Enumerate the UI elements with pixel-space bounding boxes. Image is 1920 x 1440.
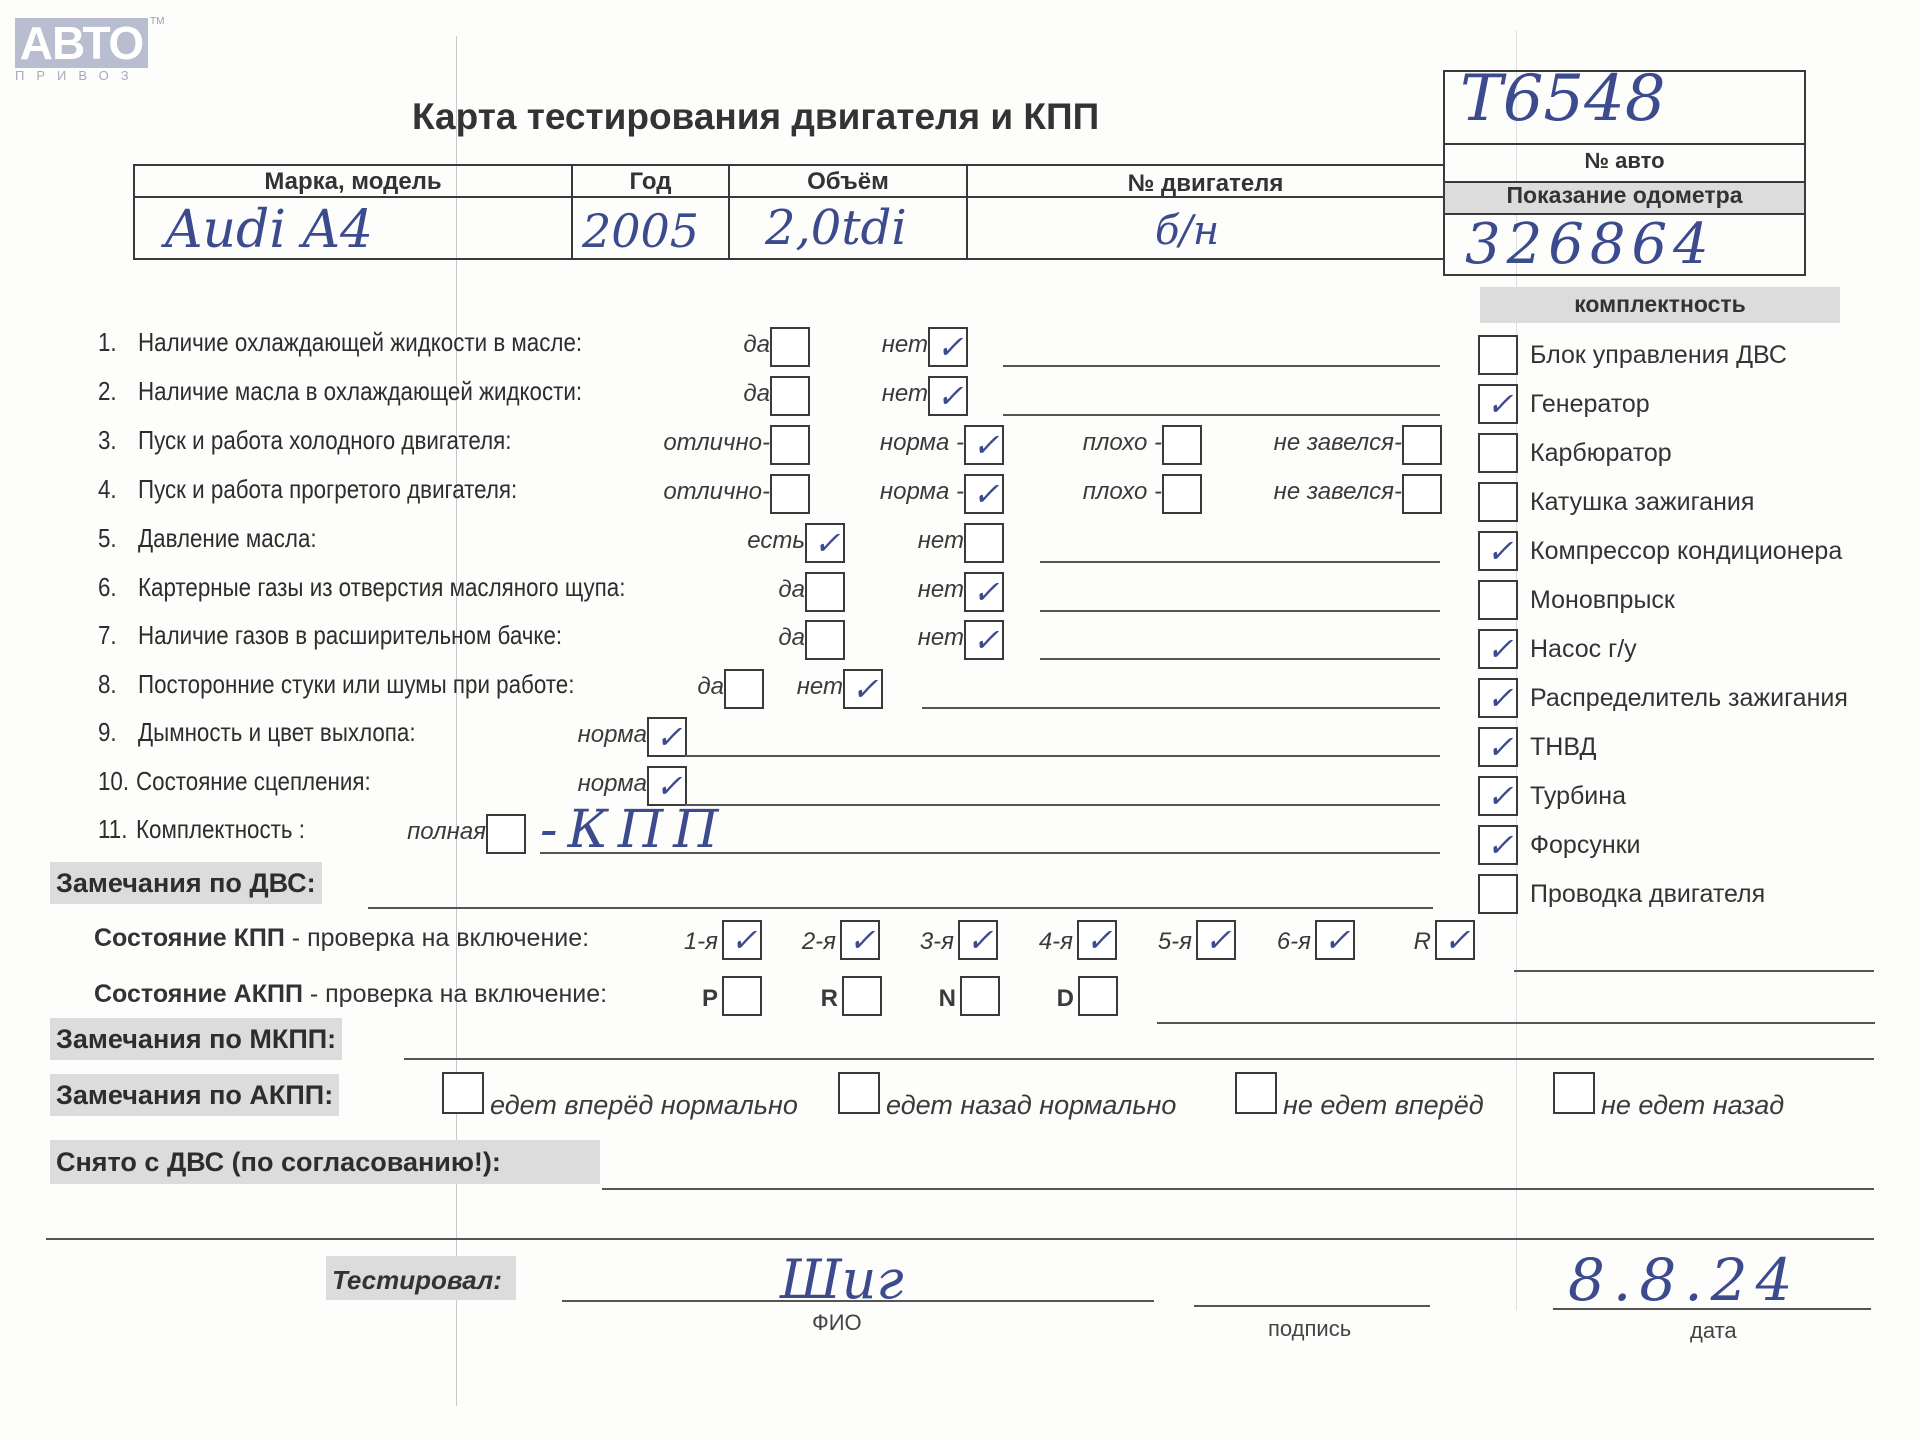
check-mark-icon: ✓: [930, 329, 970, 369]
option-checkbox[interactable]: [1162, 425, 1202, 465]
logo: АВТО: [15, 18, 148, 68]
volume-value[interactable]: 2,0tdi: [765, 200, 907, 256]
make-model-value[interactable]: Audi A4: [165, 200, 373, 260]
auto-remark-label: не едет назад: [1601, 1090, 1784, 1121]
gear-label: 6-я: [1277, 928, 1311, 956]
option-checkbox[interactable]: ✓: [843, 669, 883, 709]
auto-gearbox-note-field[interactable]: [1157, 1022, 1875, 1024]
option-label: нет: [918, 527, 964, 555]
checklist-item-label: Наличие газов в расширительном бачке:: [138, 620, 562, 651]
gear-label: 2-я: [802, 928, 836, 956]
kit-item-checkbox[interactable]: ✓: [1478, 825, 1518, 865]
auto-gear-label: P: [702, 985, 718, 1013]
auto-remark-checkbox[interactable]: [838, 1072, 880, 1114]
comment-line-field[interactable]: [1040, 658, 1440, 660]
remarks-engine-field[interactable]: [368, 907, 1433, 909]
year-value[interactable]: 2005: [582, 204, 699, 258]
comment-line-field[interactable]: [540, 852, 1440, 854]
option-label: есть: [747, 527, 805, 555]
checklist-item-label: Комплектность :: [136, 814, 305, 845]
option-label: полная: [407, 818, 486, 846]
option-label: отлично-: [663, 478, 770, 506]
check-mark-icon: ✓: [1480, 533, 1520, 573]
option-checkbox[interactable]: [1162, 474, 1202, 514]
option-checkbox[interactable]: [724, 669, 764, 709]
auto-gearbox-label: Состояние АКПП - проверка на включение:: [94, 980, 607, 1009]
manual-gearbox-desc: - проверка на включение:: [285, 924, 589, 952]
comment-line-field[interactable]: [1040, 610, 1440, 612]
option-label: не завелся-: [1274, 429, 1402, 457]
auto-remark-checkbox[interactable]: [1553, 1072, 1595, 1114]
kit-item-checkbox[interactable]: ✓: [1478, 678, 1518, 718]
option-checkbox[interactable]: [805, 572, 845, 612]
signature-caption: подпись: [1268, 1316, 1351, 1342]
column-header-make-model: Марка, модель: [135, 168, 571, 196]
option-label: отлично-: [663, 429, 770, 457]
option-checkbox[interactable]: ✓: [928, 327, 968, 367]
option-label: да: [743, 380, 770, 408]
odometer-label: Показание одометра: [1443, 182, 1806, 209]
check-mark-icon: ✓: [807, 525, 847, 565]
kit-item-checkbox[interactable]: [1478, 874, 1518, 914]
engine-number-value[interactable]: б/н: [1155, 208, 1219, 254]
gear-checkbox[interactable]: ✓: [1315, 920, 1355, 960]
column-header-volume: Объём: [730, 168, 966, 196]
check-mark-icon: ✓: [966, 476, 1006, 516]
checklist-item-label: Картерные газы из отверстия масляного щу…: [138, 572, 625, 603]
checklist-item-label: Пуск и работа прогретого двигателя:: [138, 474, 517, 505]
checklist-item-number: 1.: [98, 327, 117, 358]
date-caption: дата: [1690, 1318, 1737, 1344]
check-mark-icon: ✓: [1437, 922, 1477, 962]
checklist-item-number: 2.: [98, 376, 117, 407]
comment-line-field[interactable]: [1040, 561, 1440, 563]
checklist-item-label: Дымность и цвет выхлопа:: [138, 717, 416, 748]
kit-item-checkbox[interactable]: [1478, 433, 1518, 473]
option-checkbox[interactable]: [770, 327, 810, 367]
check-mark-icon: ✓: [1480, 729, 1520, 769]
checklist-item-label: Пуск и работа холодного двигателя:: [138, 425, 511, 456]
check-mark-icon: ✓: [1480, 827, 1520, 867]
auto-number-value[interactable]: T6548: [1460, 62, 1666, 136]
option-checkbox[interactable]: [486, 814, 526, 854]
comment-line-field[interactable]: [1003, 365, 1440, 367]
manual-gearbox-label: Состояние КПП - проверка на включение:: [94, 924, 589, 953]
check-mark-icon: ✓: [724, 922, 764, 962]
auto-gearbox-desc: - проверка на включение:: [303, 980, 607, 1008]
option-checkbox[interactable]: [770, 376, 810, 416]
check-mark-icon: ✓: [845, 671, 885, 711]
option-label: норма -: [880, 478, 964, 506]
option-checkbox[interactable]: [1402, 425, 1442, 465]
completeness-note[interactable]: -КПП: [540, 800, 729, 860]
option-label: нет: [882, 331, 928, 359]
auto-remark-checkbox[interactable]: [442, 1072, 484, 1114]
checklist-item-number: 10.: [98, 766, 129, 797]
gear-checkbox[interactable]: ✓: [722, 920, 762, 960]
option-checkbox[interactable]: ✓: [964, 425, 1004, 465]
column-header-engine-number: № двигателя: [968, 170, 1443, 198]
date-value: 8.8.24: [1568, 1246, 1800, 1314]
option-checkbox[interactable]: ✓: [964, 620, 1004, 660]
gear-label: 4-я: [1039, 928, 1073, 956]
checklist-item-number: 8.: [98, 669, 117, 700]
auto-gear-label: N: [939, 985, 956, 1013]
comment-line-field[interactable]: [685, 804, 1440, 806]
checklist-item-label: Наличие охлаждающей жидкости в масле:: [138, 327, 582, 358]
kit-item-label: Форсунки: [1530, 831, 1641, 860]
checklist-item-number: 9.: [98, 717, 117, 748]
logo-subtitle: ПРИВОЗ: [15, 68, 141, 83]
section-divider: [46, 1238, 1874, 1240]
auto-gearbox-title: Состояние АКПП: [94, 980, 303, 1008]
kit-item-label: Блок управления ДВС: [1530, 341, 1787, 370]
option-checkbox[interactable]: ✓: [647, 717, 687, 757]
checklist-item-label: Давление масла:: [138, 523, 317, 554]
kit-item-label: Проводка двигателя: [1530, 880, 1765, 909]
signature-field[interactable]: [1194, 1305, 1430, 1307]
checklist-item-number: 5.: [98, 523, 117, 554]
check-mark-icon: ✓: [930, 378, 970, 418]
option-checkbox[interactable]: [805, 620, 845, 660]
check-mark-icon: ✓: [649, 719, 689, 759]
comment-line-field[interactable]: [1003, 414, 1440, 416]
option-label: нет: [882, 380, 928, 408]
removed-from-engine-field[interactable]: [602, 1188, 1874, 1190]
kit-item-label: Компрессор кондиционера: [1530, 537, 1842, 566]
auto-gear-checkbox[interactable]: [842, 976, 882, 1016]
remarks-auto-label: Замечания по АКПП:: [50, 1074, 339, 1116]
checklist-item-label: Состояние сцепления:: [136, 766, 371, 797]
option-label: норма: [578, 770, 647, 798]
option-checkbox[interactable]: ✓: [964, 572, 1004, 612]
kit-title: комплектность: [1480, 291, 1840, 318]
check-mark-icon: ✓: [966, 427, 1006, 467]
auto-remark-checkbox[interactable]: [1235, 1072, 1277, 1114]
comment-line-field[interactable]: [685, 755, 1440, 757]
option-checkbox[interactable]: ✓: [805, 523, 845, 563]
option-label: плохо -: [1083, 478, 1162, 506]
gear-label: 1-я: [684, 928, 718, 956]
auto-remark-label: не едет вперёд: [1283, 1090, 1484, 1121]
option-checkbox[interactable]: [770, 474, 810, 514]
kit-item-label: Генератор: [1530, 390, 1650, 419]
gear-label: 3-я: [920, 928, 954, 956]
column-header-year: Год: [573, 168, 728, 196]
check-mark-icon: ✓: [1480, 386, 1520, 426]
check-mark-icon: ✓: [966, 574, 1006, 614]
check-mark-icon: ✓: [1480, 680, 1520, 720]
option-label: норма -: [880, 429, 964, 457]
manual-gearbox-note-field[interactable]: [1514, 970, 1874, 972]
gear-checkbox[interactable]: ✓: [1196, 920, 1236, 960]
comment-line-field[interactable]: [922, 707, 1440, 709]
checklist-item-label: Наличие масла в охлаждающей жидкости:: [138, 376, 582, 407]
option-checkbox[interactable]: [1402, 474, 1442, 514]
kit-item-checkbox[interactable]: [1478, 482, 1518, 522]
option-label: норма: [578, 721, 647, 749]
kit-item-checkbox[interactable]: ✓: [1478, 531, 1518, 571]
box-divider: [1443, 143, 1806, 145]
gear-checkbox[interactable]: ✓: [840, 920, 880, 960]
auto-gear-checkbox[interactable]: [960, 976, 1000, 1016]
tested-by-label: Тестировал:: [332, 1265, 502, 1296]
removed-from-engine-label: Снято с ДВС (по согласованию!):: [50, 1140, 600, 1184]
check-mark-icon: ✓: [1480, 631, 1520, 671]
checklist-item-label: Посторонние стуки или шумы при работе:: [138, 669, 574, 700]
kit-item-label: Турбина: [1530, 782, 1626, 811]
kit-item-checkbox[interactable]: [1478, 580, 1518, 620]
checklist-item-number: 4.: [98, 474, 117, 505]
kit-item-checkbox[interactable]: ✓: [1478, 629, 1518, 669]
check-mark-icon: ✓: [960, 922, 1000, 962]
tester-name-value: Шиг: [780, 1248, 904, 1311]
option-label: не завелся-: [1274, 478, 1402, 506]
option-checkbox[interactable]: ✓: [928, 376, 968, 416]
kit-item-label: Карбюратор: [1530, 439, 1672, 468]
remarks-manual-field[interactable]: [404, 1058, 1874, 1060]
gear-label: R: [1414, 928, 1431, 956]
option-label: да: [697, 673, 724, 701]
auto-gear-checkbox[interactable]: [722, 976, 762, 1016]
option-label: нет: [797, 673, 843, 701]
auto-gear-label: D: [1057, 985, 1074, 1013]
kit-item-checkbox[interactable]: [1478, 335, 1518, 375]
option-label: нет: [918, 576, 964, 604]
option-label: да: [778, 624, 805, 652]
kit-item-label: Насос г/у: [1530, 635, 1637, 664]
kit-item-label: Моновпрыск: [1530, 586, 1675, 615]
name-caption: ФИО: [812, 1310, 862, 1336]
auto-gear-checkbox[interactable]: [1078, 976, 1118, 1016]
checklist-item-number: 6.: [98, 572, 117, 603]
checklist-item-number: 11.: [98, 814, 127, 845]
kit-item-label: Катушка зажигания: [1530, 488, 1754, 517]
option-label: да: [778, 576, 805, 604]
gear-checkbox[interactable]: ✓: [1435, 920, 1475, 960]
remarks-manual-label: Замечания по МКПП:: [50, 1018, 342, 1060]
gear-checkbox[interactable]: ✓: [958, 920, 998, 960]
page-title: Карта тестирования двигателя и КПП: [412, 96, 1099, 138]
auto-number-label: № авто: [1443, 148, 1806, 174]
kit-item-checkbox[interactable]: ✓: [1478, 384, 1518, 424]
auto-remark-label: едет вперёд нормально: [490, 1090, 798, 1121]
check-mark-icon: ✓: [842, 922, 882, 962]
check-mark-icon: ✓: [1480, 778, 1520, 818]
option-label: плохо -: [1083, 429, 1162, 457]
option-checkbox[interactable]: ✓: [964, 474, 1004, 514]
auto-gear-label: R: [821, 985, 838, 1013]
check-mark-icon: ✓: [966, 622, 1006, 662]
remarks-engine-label: Замечания по ДВС:: [50, 862, 322, 904]
kit-item-checkbox[interactable]: ✓: [1478, 727, 1518, 767]
kit-item-label: Распределитель зажигания: [1530, 684, 1848, 713]
kit-item-label: ТНВД: [1530, 733, 1596, 762]
check-mark-icon: ✓: [1317, 922, 1357, 962]
option-label: нет: [918, 624, 964, 652]
option-label: да: [743, 331, 770, 359]
check-mark-icon: ✓: [1079, 922, 1119, 962]
logo-trademark: TM: [150, 16, 164, 27]
gear-label: 5-я: [1158, 928, 1192, 956]
check-mark-icon: ✓: [1198, 922, 1238, 962]
auto-remark-label: едет назад нормально: [886, 1090, 1176, 1121]
gear-checkbox[interactable]: ✓: [1077, 920, 1117, 960]
checklist-item-number: 3.: [98, 425, 117, 456]
manual-gearbox-title: Состояние КПП: [94, 924, 285, 952]
option-checkbox[interactable]: [770, 425, 810, 465]
kit-item-checkbox[interactable]: ✓: [1478, 776, 1518, 816]
checklist-item-number: 7.: [98, 620, 117, 651]
option-checkbox[interactable]: [964, 523, 1004, 563]
odometer-value[interactable]: 326864: [1465, 212, 1715, 277]
